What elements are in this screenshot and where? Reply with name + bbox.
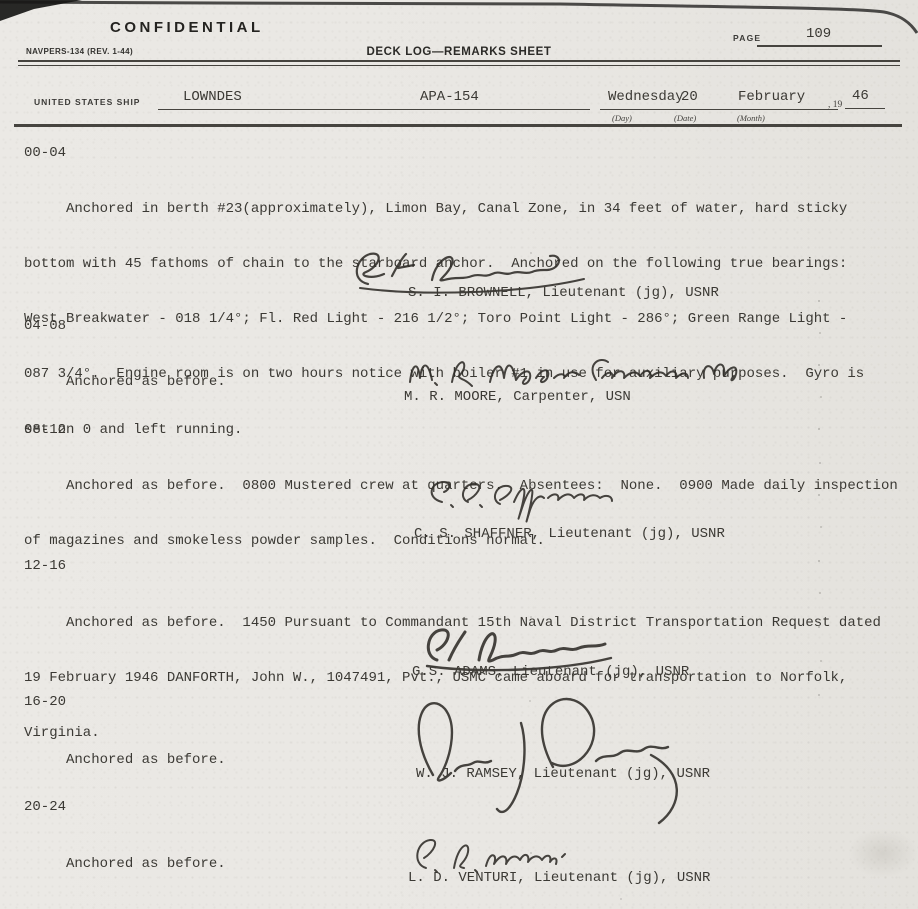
fold-dot <box>820 660 822 662</box>
entry-text: Anchored as before. <box>24 336 226 428</box>
entry-text-line: Anchored as before. <box>24 855 226 873</box>
caption-date: (Date) <box>674 113 696 123</box>
fold-dot <box>819 592 821 594</box>
fold-dot <box>818 560 820 562</box>
deck-log-remarks-sheet: CONFIDENTIAL PAGE 109 NAVPERS-134 (REV. … <box>0 0 918 909</box>
fold-dot <box>530 852 532 854</box>
signature-typed: C. S. SHAFFNER, Lieutenant (jg), USNR <box>414 526 725 542</box>
fold-dot <box>529 700 531 702</box>
entry-text-line: Anchored as before. <box>24 373 226 391</box>
signature-typed: S. I. BROWNELL, Lieutenant (jg), USNR <box>408 285 719 301</box>
hull-number: APA-154 <box>420 89 479 105</box>
page-label: PAGE <box>733 33 761 43</box>
watch-period-label: 16-20 <box>24 694 66 710</box>
entry-text-line: Anchored as before. <box>24 751 226 769</box>
signature-typed: L. D. VENTURI, Lieutenant (jg), USNR <box>408 870 710 886</box>
signature-typed: G.S. ADAMS, Lieutenant (jg), USNR <box>412 664 689 680</box>
signature-script <box>393 683 705 835</box>
fold-dot <box>531 484 533 486</box>
caption-month: (Month) <box>737 113 765 123</box>
signature-typed: W. J. RAMSEY, Lieutenant (jg), USNR <box>416 766 710 782</box>
ship-label: UNITED STATES SHIP <box>34 97 140 107</box>
fold-dot <box>818 300 820 302</box>
fold-dot <box>818 364 820 366</box>
fold-dot <box>818 694 820 696</box>
entry-text: Anchored as before. <box>24 714 226 806</box>
fold-dot <box>819 332 821 334</box>
watch-period-label: 04-08 <box>24 318 66 334</box>
scan-smudge <box>848 828 918 878</box>
watch-period-label: 08-12 <box>24 422 66 438</box>
fold-dot <box>820 526 822 528</box>
sheet-title: DECK LOG—REMARKS SHEET <box>0 46 918 58</box>
year-value: 46 <box>852 88 869 104</box>
signature-typed: M. R. MOORE, Carpenter, USN <box>404 389 631 405</box>
date-day: Wednesday <box>608 89 684 105</box>
fold-dot <box>818 494 820 496</box>
page-number: 109 <box>806 26 831 42</box>
fold-dot <box>818 626 820 628</box>
header-bottom-rule <box>14 124 902 127</box>
year-underline <box>845 108 885 109</box>
entry-text-line: West Breakwater - 018 1/4°; Fl. Red Ligh… <box>24 310 864 328</box>
entry-text-line: Anchored in berth #23(approximately), Li… <box>24 200 864 218</box>
date-number: 20 <box>681 89 698 105</box>
fold-dot <box>530 252 532 254</box>
ship-underline <box>158 109 590 110</box>
date-month: February <box>738 89 805 105</box>
classification-stamp: CONFIDENTIAL <box>110 19 264 36</box>
fold-dot <box>820 396 822 398</box>
ship-name: LOWNDES <box>183 89 242 105</box>
date-underline <box>600 109 838 110</box>
entry-text: Anchored as before. <box>24 818 226 909</box>
caption-day: (Day) <box>612 113 632 123</box>
watch-period-label: 12-16 <box>24 558 66 574</box>
header-double-rule-top <box>18 60 900 62</box>
fold-dot <box>819 462 821 464</box>
watch-period-label: 00-04 <box>24 145 66 161</box>
fold-dot <box>530 616 532 618</box>
watch-period-label: 20-24 <box>24 799 66 815</box>
entry-text: Anchored in berth #23(approximately), Li… <box>24 163 864 476</box>
fold-dot <box>620 898 622 900</box>
year-prefix: , 19 <box>828 100 842 110</box>
header-double-rule-bottom <box>18 65 900 66</box>
fold-dot <box>818 428 820 430</box>
